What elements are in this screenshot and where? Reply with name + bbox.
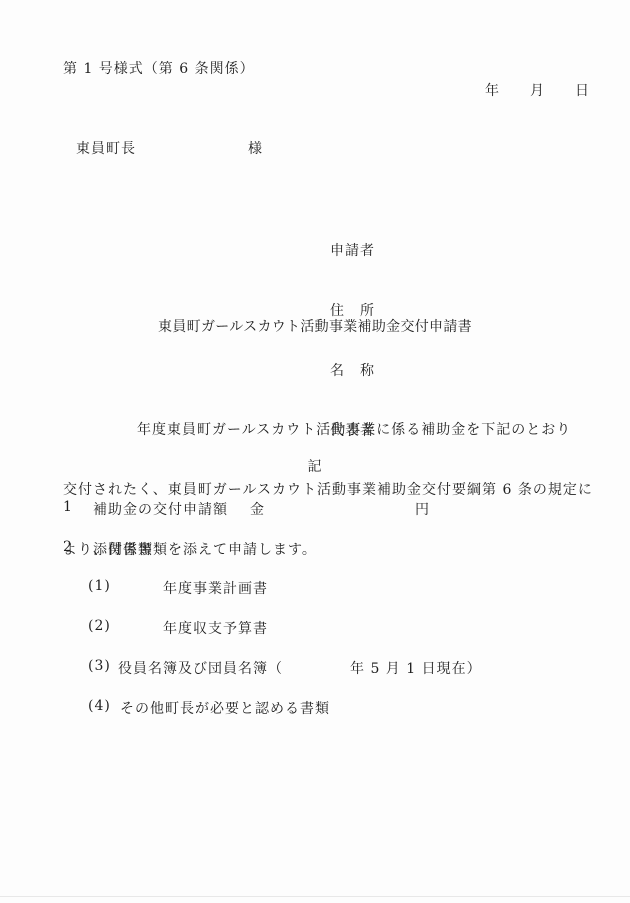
addressee-honorific: 様 [248, 141, 263, 157]
form-number: 第 1 号様式（第 6 条関係） [63, 61, 255, 77]
date-line: 年 月 日 [485, 83, 590, 99]
addressee-name: 東員町長 [76, 141, 136, 157]
attachment-row-2: (2) 年度収支予算書 [88, 618, 630, 636]
item-1-currency-suffix: 円 [415, 499, 430, 519]
attachment-2-text: 年度収支予算書 [163, 618, 268, 638]
applicant-name-label: 名 称 [330, 361, 375, 381]
attachment-row-3: (3) 役員名簿及び団員名簿（ 年 5 月 1 日現在） [88, 658, 630, 676]
attachment-3-text: 役員名簿及び団員名簿（ [118, 658, 283, 678]
record-marker: 記 [0, 459, 630, 475]
attachment-1-text: 年度事業計画書 [163, 578, 268, 598]
attachment-row-4: (4) その他町長が必要と認める書類 [88, 698, 630, 716]
document-title: 東員町ガールスカウト活動事業補助金交付申請書 [0, 319, 630, 335]
document-page: 第 1 号様式（第 6 条関係） 年 月 日 東員町長 様 申請者 住 所 名 … [0, 0, 630, 903]
body-line-1: 年度東員町ガールスカウト活動事業に係る補助金を下記のとおり [63, 420, 603, 440]
attachment-3-number: (3) [88, 658, 111, 674]
attachment-4-text: その他町長が必要と認める書類 [120, 698, 330, 718]
item-1-label: 補助金の交付申請額 [93, 499, 228, 519]
item-1-number: 1 [63, 499, 73, 515]
body-paragraph: 年度東員町ガールスカウト活動事業に係る補助金を下記のとおり 交付されたく、東員町… [63, 380, 603, 600]
attachment-2-number: (2) [88, 618, 111, 634]
item-2-row: 2 添付書類 [63, 539, 623, 557]
item-1-currency-prefix: 金 [250, 499, 265, 519]
item-1-row: 1 補助金の交付申請額 金 円 [63, 499, 623, 517]
body-line-2: 交付されたく、東員町ガールスカウト活動事業補助金交付要綱第 6 条の規定に [63, 480, 603, 500]
item-2-number: 2 [63, 539, 73, 555]
applicant-label: 申請者 [330, 241, 375, 261]
page-bottom-edge [0, 896, 630, 897]
item-2-label: 添付書類 [93, 539, 153, 559]
attachment-3-text-2: 年 5 月 1 日現在） [350, 658, 482, 678]
applicant-address-label: 住 所 [330, 301, 375, 321]
attachment-row-1: (1) 年度事業計画書 [88, 578, 630, 596]
attachment-1-number: (1) [88, 578, 111, 594]
attachment-4-number: (4) [88, 698, 111, 714]
